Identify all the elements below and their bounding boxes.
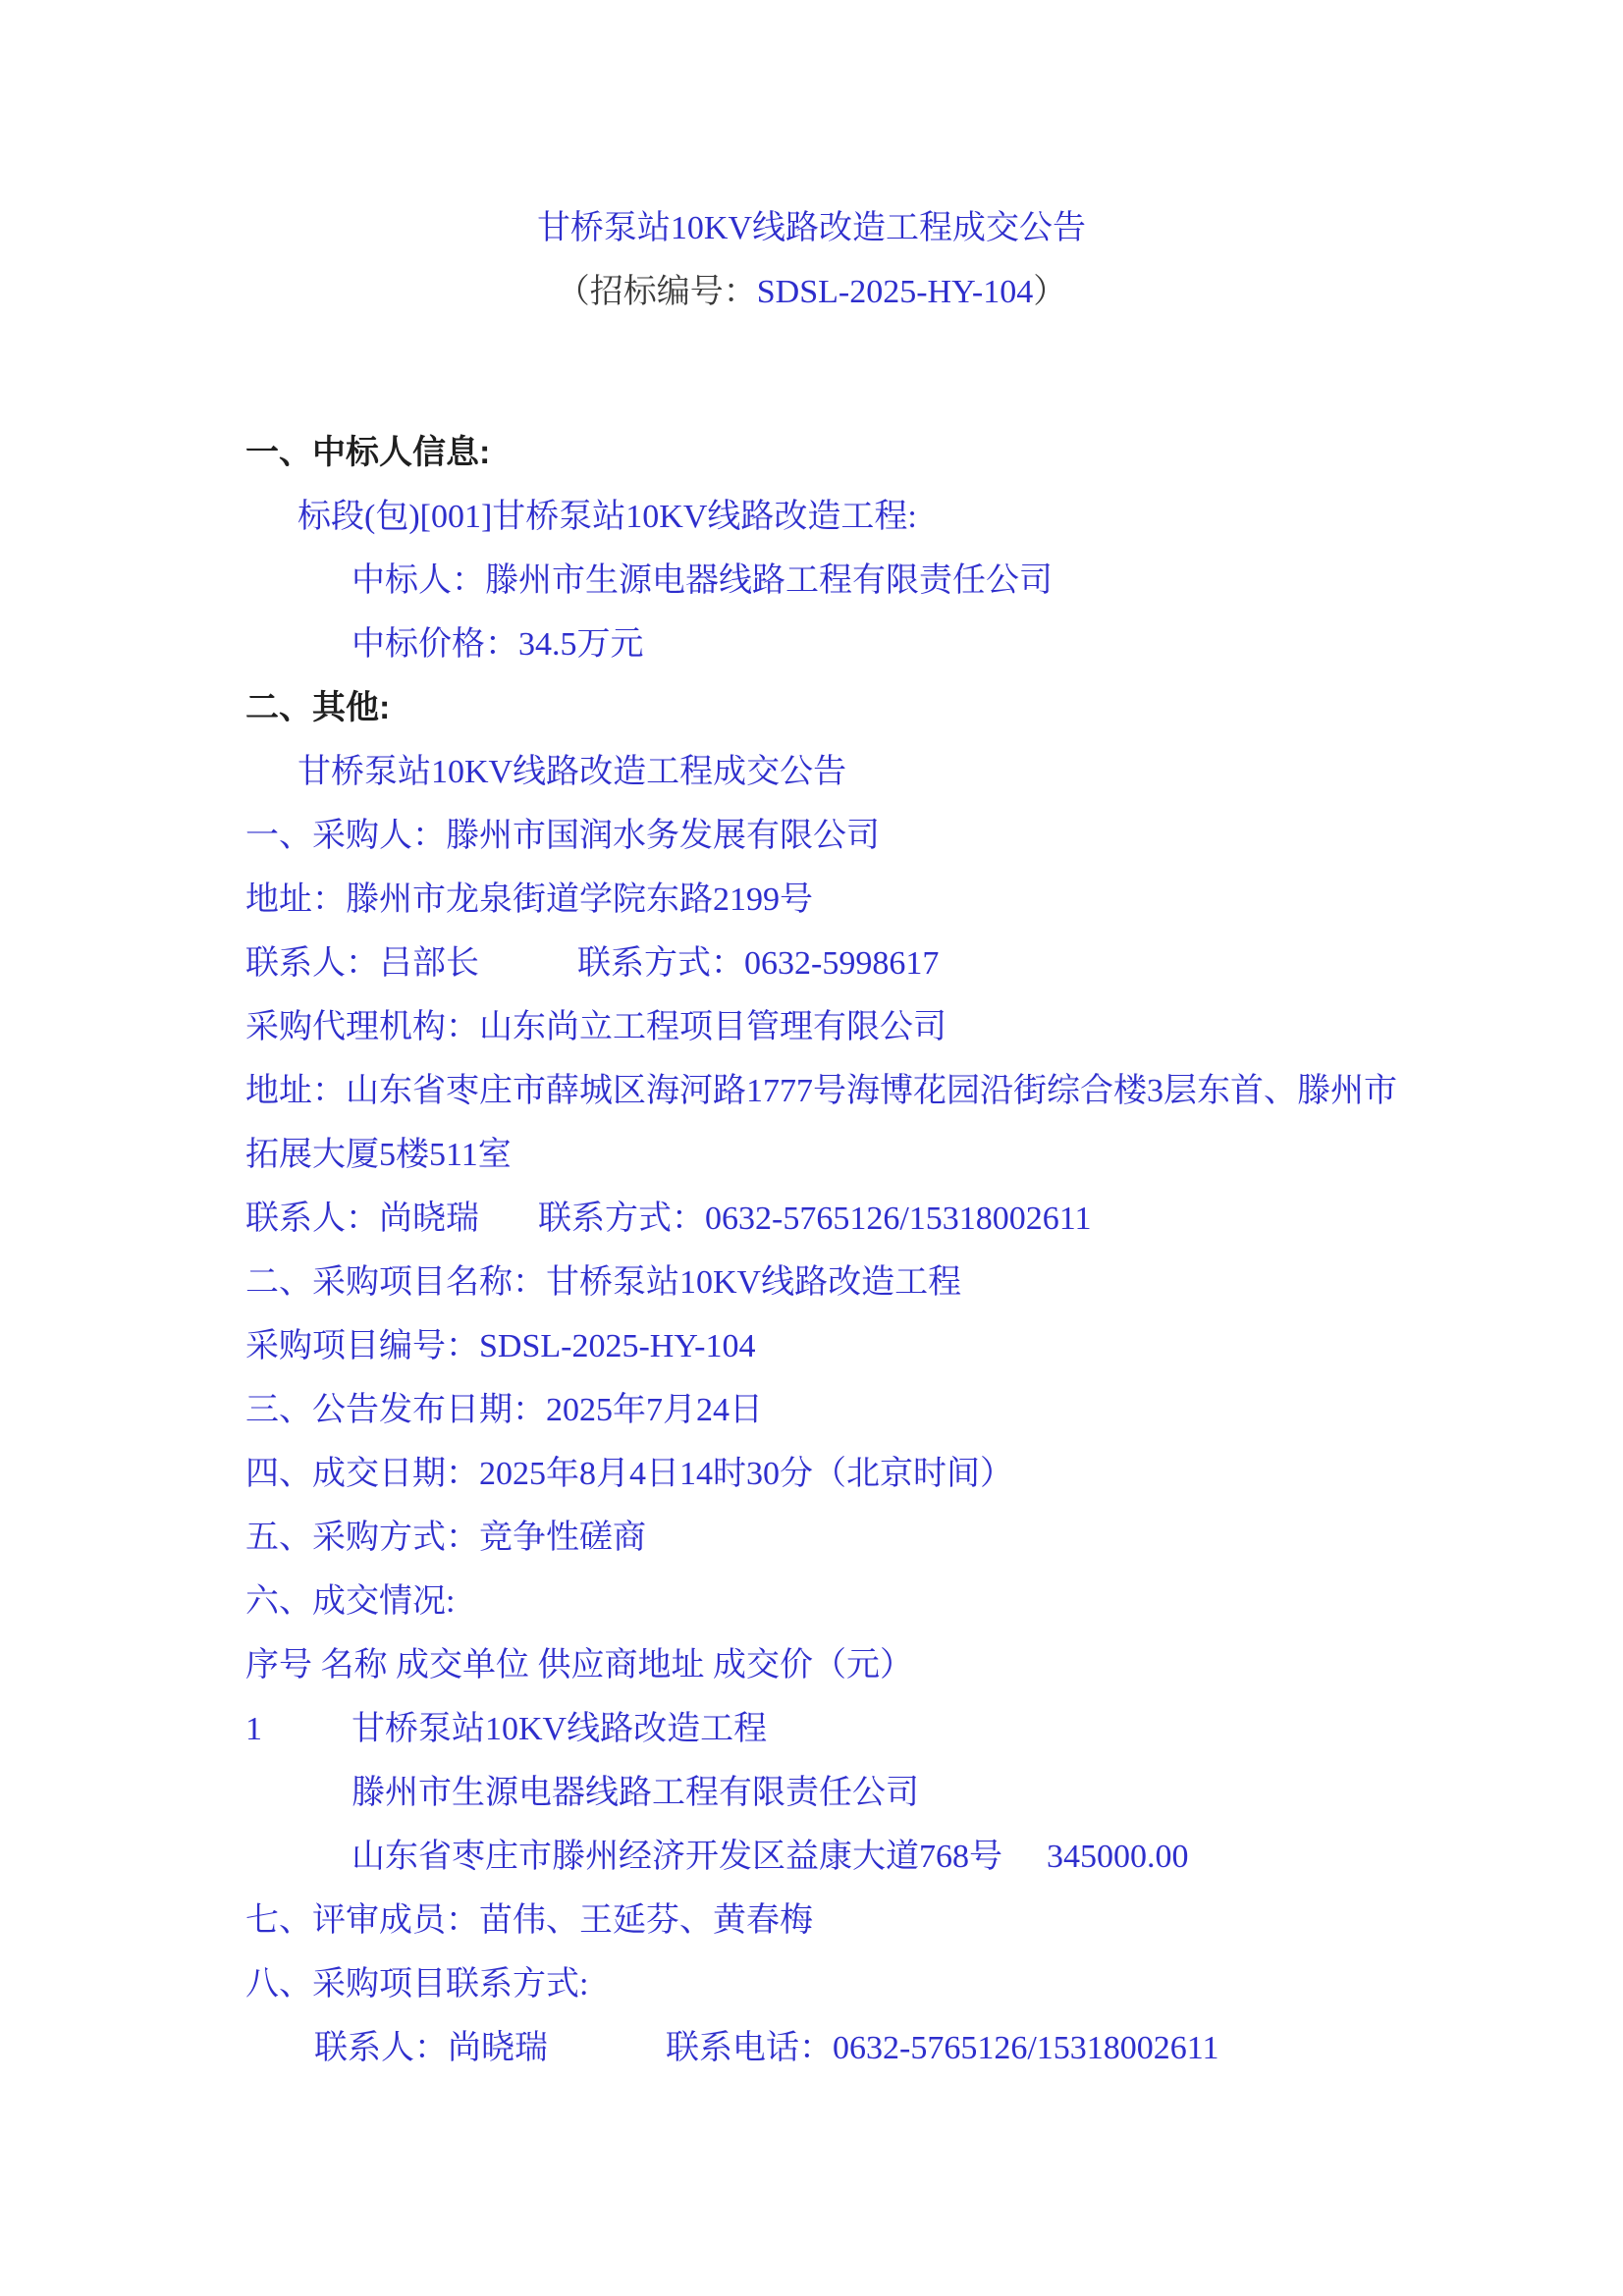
agency-contact-line: 联系人：尚晓瑞联系方式：0632-5765126/15318002611 [245, 1187, 1623, 1251]
tender-number-suffix: ） [1033, 274, 1066, 310]
agency-address-line-1: 地址：山东省枣庄市薛城区海河路1777号海博花园沿街综合楼3层东首、滕州市 [245, 1059, 1623, 1123]
page-title: 甘桥泵站10KV线路改造工程成交公告 [0, 196, 1623, 260]
project-name-line: 二、采购项目名称：甘桥泵站10KV线路改造工程 [245, 1251, 1623, 1314]
agency-contact-name: 联系人：尚晓瑞 [245, 1201, 479, 1237]
reviewers-line: 七、评审成员：苗伟、王延芬、黄春梅 [245, 1889, 1623, 1952]
final-contact-phone: 联系电话：0632-5765126/15318002611 [666, 2030, 1219, 2066]
project-code-line: 采购项目编号：SDSL-2025-HY-104 [245, 1314, 1623, 1378]
contact-heading-line: 八、采购项目联系方式: [245, 1952, 1623, 2016]
final-contact-name: 联系人：尚晓瑞 [314, 2030, 548, 2066]
result-table-header: 序号 名称 成交单位 供应商地址 成交价（元） [245, 1633, 1623, 1697]
result-row-name: 甘桥泵站10KV线路改造工程 [352, 1711, 767, 1747]
result-heading-line: 六、成交情况: [245, 1570, 1623, 1633]
final-contact-line: 联系人：尚晓瑞联系电话：0632-5765126/15318002611 [314, 2016, 1623, 2080]
deal-date-line: 四、成交日期：2025年8月4日14时30分（北京时间） [245, 1442, 1623, 1506]
result-row-supplier: 滕州市生源电器线路工程有限责任公司 [352, 1761, 1623, 1825]
buyer-contact-phone: 联系方式：0632-5998617 [577, 945, 939, 982]
publish-date-line: 三、公告发布日期：2025年7月24日 [245, 1378, 1623, 1442]
document-page: 甘桥泵站10KV线路改造工程成交公告 （招标编号：SDSL-2025-HY-10… [0, 0, 1623, 2296]
inline-gap [479, 1221, 538, 1222]
section-other-heading: 二、其他: [245, 676, 1623, 740]
tender-number-code: SDSL-2025-HY-104 [757, 274, 1033, 310]
spacer [0, 324, 1623, 421]
restated-title-line: 甘桥泵站10KV线路改造工程成交公告 [298, 740, 1623, 804]
result-row-address-price: 山东省枣庄市滕州经济开发区益康大道768号345000.00 [352, 1825, 1623, 1889]
inline-gap [1002, 1859, 1047, 1860]
tender-number-prefix: （招标编号： [557, 274, 757, 310]
agency-contact-phone: 联系方式：0632-5765126/15318002611 [538, 1201, 1092, 1237]
winning-price-line: 中标价格：34.5万元 [352, 613, 1623, 676]
result-row-supplier-address: 山东省枣庄市滕州经济开发区益康大道768号 [352, 1839, 1002, 1875]
agency-address-line-2: 拓展大厦5楼511室 [245, 1123, 1623, 1187]
section-winner-info-heading: 一、中标人信息: [245, 421, 1623, 485]
buyer-address-line: 地址：滕州市龙泉街道学院东路2199号 [245, 868, 1623, 932]
tender-number-line: （招标编号：SDSL-2025-HY-104） [0, 260, 1623, 324]
winner-line: 中标人：滕州市生源电器线路工程有限责任公司 [352, 549, 1623, 613]
inline-gap [479, 966, 577, 967]
result-row-price: 345000.00 [1047, 1839, 1189, 1875]
buyer-contact-line: 联系人：吕部长联系方式：0632-5998617 [245, 932, 1623, 995]
result-row: 1甘桥泵站10KV线路改造工程 [245, 1697, 1623, 1761]
agency-line: 采购代理机构：山东尚立工程项目管理有限公司 [245, 995, 1623, 1059]
lot-line: 标段(包)[001]甘桥泵站10KV线路改造工程: [298, 485, 1623, 549]
result-row-no: 1 [245, 1711, 262, 1747]
buyer-contact-name: 联系人：吕部长 [245, 945, 479, 982]
inline-gap [548, 2051, 666, 2052]
buyer-line: 一、采购人：滕州市国润水务发展有限公司 [245, 804, 1623, 868]
procurement-method-line: 五、采购方式：竞争性磋商 [245, 1506, 1623, 1570]
inline-gap [262, 1732, 352, 1733]
